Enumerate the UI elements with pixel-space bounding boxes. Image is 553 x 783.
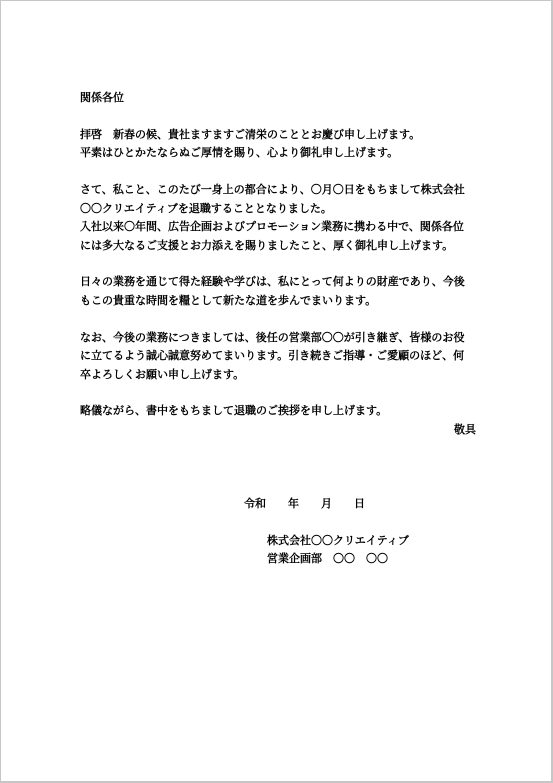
company-name-line: 株式会社〇〇クリエイティブ	[80, 532, 476, 550]
blank-line	[80, 439, 476, 457]
letter-body: 関係各位拝啓 新春の候、貴社ますますご清栄のこととお慶び申し上げます。平素はひと…	[80, 89, 476, 568]
blank-line	[80, 384, 476, 402]
body-line: 入社以来〇年間、広告企画およびプロモーション業務に携わる中で、関係各位	[80, 218, 476, 236]
body-line: 〇〇クリエイティブを退職することとなりました。	[80, 200, 476, 218]
greeting-line: 平素はひとかたならぬご厚情を賜り、心より御礼申し上げます。	[80, 144, 476, 162]
blank-line	[80, 513, 476, 531]
body-line: 日々の業務を通じて得た経験や学びは、私にとって何よりの財産であり、今後	[80, 273, 476, 291]
body-line: に立てるよう誠心誠意努めてまいります。引き続きご指導・ご愛顧のほど、何	[80, 347, 476, 365]
body-line: さて、私こと、このたび一身上の都合により、〇月〇日をもちまして株式会社	[80, 181, 476, 199]
signer-name-line: 営業企画部 〇〇 〇〇	[80, 550, 476, 568]
blank-line	[80, 107, 476, 125]
body-line: もこの貴重な時間を糧として新たな道を歩んでまいります。	[80, 292, 476, 310]
closing-sentence-line: 略儀ながら、書中をもちまして退職のご挨拶を申し上げます。	[80, 402, 476, 420]
letter-document-page: 関係各位拝啓 新春の候、貴社ますますご清栄のこととお慶び申し上げます。平素はひと…	[0, 0, 553, 783]
date-line: 令和 年 月 日	[80, 495, 476, 513]
body-line: には多大なるご支援とお力添えを賜りましたこと、厚く御礼申し上げます。	[80, 237, 476, 255]
blank-line	[80, 476, 476, 494]
body-line: なお、今後の業務につきましては、後任の営業部〇〇が引き継ぎ、皆様のお役	[80, 329, 476, 347]
blank-line	[80, 255, 476, 273]
blank-line	[80, 458, 476, 476]
recipient-line: 関係各位	[80, 89, 476, 107]
salutation-line: 拝啓 新春の候、貴社ますますご清栄のこととお慶び申し上げます。	[80, 126, 476, 144]
blank-line	[80, 163, 476, 181]
closing-word-line: 敬具	[80, 421, 476, 439]
body-line: 卒よろしくお願い申し上げます。	[80, 366, 476, 384]
blank-line	[80, 310, 476, 328]
